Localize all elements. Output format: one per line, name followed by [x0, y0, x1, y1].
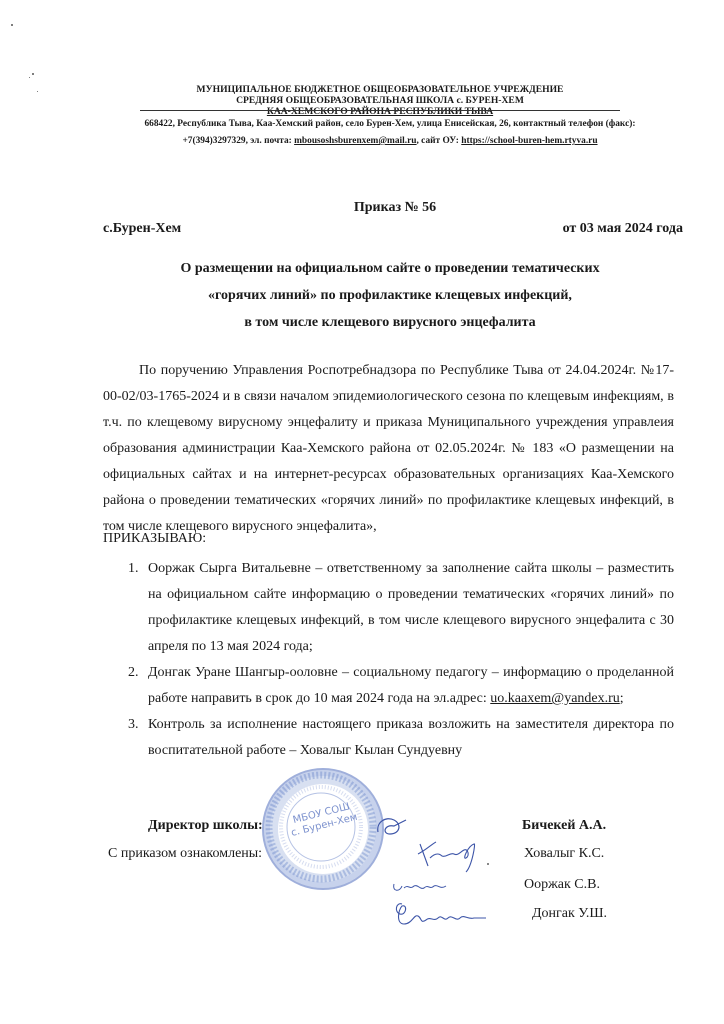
preamble: По поручению Управления Роспотребнадзора…	[103, 358, 674, 540]
order-date: от 03 мая 2024 года	[563, 221, 683, 237]
org-address: 668422, Республика Тыва, Каа-Хемский рай…	[100, 119, 680, 129]
order-item: 3. Контроль за исполнение настоящего при…	[103, 712, 674, 764]
scan-speck	[11, 24, 13, 26]
scan-speck	[32, 73, 34, 75]
item-text: Контроль за исполнение настоящего приказ…	[148, 717, 674, 758]
item-text: Ооржак Сырга Витальевне – ответственному…	[148, 561, 674, 654]
item-email-link[interactable]: uo.kaaxem@yandex.ru	[490, 691, 620, 706]
director-label: Директор школы:	[148, 818, 263, 834]
item-number: 3.	[128, 712, 139, 738]
acknowledged-name: Ооржак С.В.	[524, 877, 600, 893]
document-page: МУНИЦИПАЛЬНОЕ БЮДЖЕТНОЕ ОБЩЕОБРАЗОВАТЕЛЬ…	[0, 0, 724, 1024]
order-title: О размещении на официальном сайте о пров…	[100, 255, 680, 336]
org-name-line-2: СРЕДНЯЯ ОБЩЕОБРАЗОВАТЕЛЬНАЯ ШКОЛА с. БУР…	[100, 95, 660, 106]
order-number: Приказ № 56	[0, 200, 724, 216]
signature-oorzhak-icon	[390, 876, 450, 896]
acknowledged-label: С приказом ознакомлены:	[108, 846, 262, 862]
preamble-paragraph: По поручению Управления Роспотребнадзора…	[103, 358, 674, 540]
title-line-1: О размещении на официальном сайте о пров…	[100, 255, 680, 282]
acknowledged-name: Ховалыг К.С.	[524, 846, 604, 862]
scan-speck	[29, 77, 30, 78]
official-stamp: МБОУ СОШ с. Бурен-Хем	[262, 768, 384, 890]
phone-text: +7(394)3297329, эл. почта:	[182, 136, 294, 146]
site-label: , сайт ОУ:	[416, 136, 461, 146]
order-item: 2. Донгак Уране Шангыр-ооловне – социаль…	[103, 660, 674, 712]
title-line-3: в том числе клещевого вирусного энцефали…	[100, 309, 680, 336]
order-item: 1. Ооржак Сырга Витальевне – ответственн…	[103, 556, 674, 660]
item-suffix: ;	[620, 691, 624, 706]
item-number: 1.	[128, 556, 139, 582]
order-place: с.Бурен-Хем	[103, 221, 181, 237]
org-name-line-3: КАА-ХЕМСКОГО РАЙОНА РЕСПУБЛИКИ ТЫВА	[100, 106, 660, 117]
header-divider	[140, 110, 620, 111]
order-items: 1. Ооржак Сырга Витальевне – ответственн…	[103, 556, 674, 764]
title-line-2: «горячих линий» по профилактике клещевых…	[100, 282, 680, 309]
site-link[interactable]: https://school-buren-hem.rtyva.ru	[461, 136, 597, 146]
ordering-word: ПРИКАЗЫВАЮ:	[103, 531, 206, 547]
email-link[interactable]: mbousoshsburenxem@mail.ru	[294, 136, 416, 146]
signature-hovalyg-icon	[412, 836, 492, 878]
item-number: 2.	[128, 660, 139, 686]
director-name: Бичекей А.А.	[522, 818, 606, 834]
scan-speck	[37, 91, 38, 92]
org-name-line-1: МУНИЦИПАЛЬНОЕ БЮДЖЕТНОЕ ОБЩЕОБРАЗОВАТЕЛЬ…	[100, 84, 660, 95]
org-contacts: +7(394)3297329, эл. почта: mbousoshsbure…	[100, 136, 680, 146]
director-signature-icon	[372, 812, 412, 842]
acknowledged-name: Донгак У.Ш.	[532, 906, 607, 922]
signature-dongak-icon	[390, 900, 490, 930]
